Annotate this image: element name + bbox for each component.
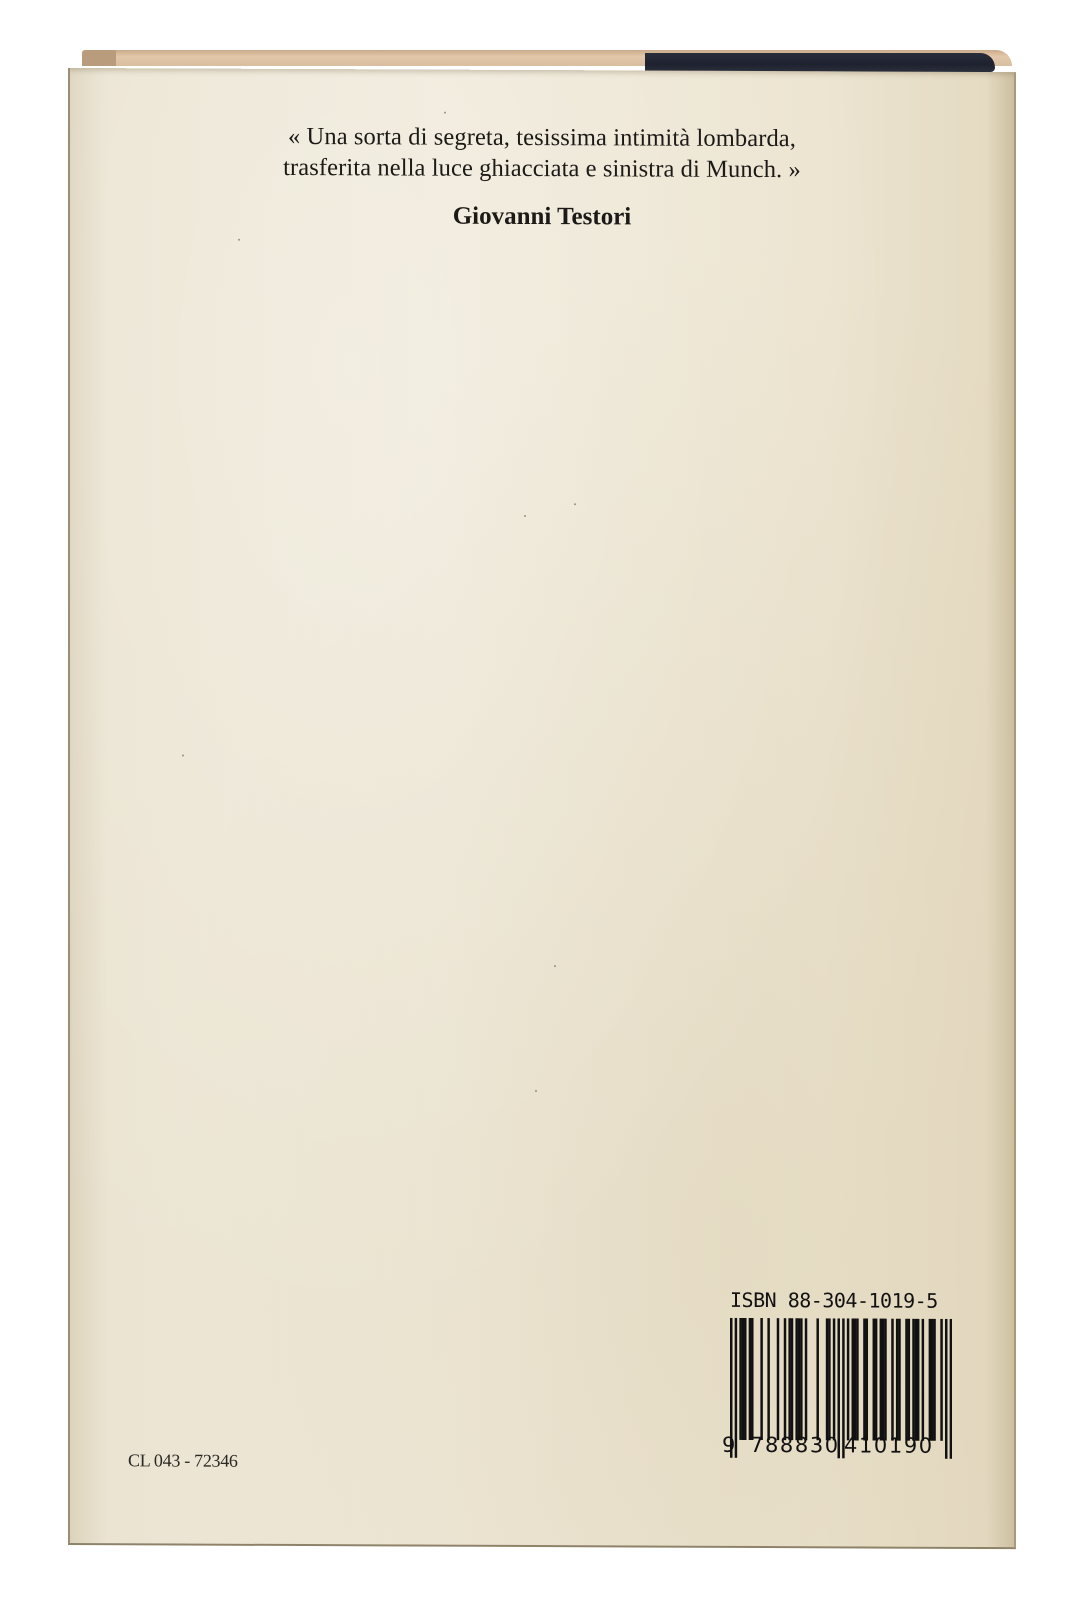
book-back-cover-photo: « Una sorta di segreta, tesissima intimi…: [0, 0, 1077, 1600]
barcode-right-group: 410190: [844, 1433, 934, 1457]
quote-author: Giovanni Testori: [70, 201, 1014, 233]
blurb-quote: « Una sorta di segreta, tesissima intimi…: [70, 120, 1014, 186]
quote-line-2: trasferita nella luce ghiacciata e sinis…: [70, 151, 1014, 186]
catalog-code: CL 043 - 72346: [128, 1450, 238, 1471]
barcode-left-group: 788830: [750, 1433, 840, 1457]
book-top-edge: [82, 50, 1012, 66]
paper-speck: [182, 754, 184, 756]
paper-speck: [524, 515, 526, 517]
barcode-first-digit: 9: [722, 1433, 735, 1457]
isbn-barcode-block: ISBN 88-304-1019-5 9 788830 410190: [730, 1288, 952, 1459]
paper-speck: [535, 1090, 537, 1092]
quote-line-1: « Una sorta di segreta, tesissima intimi…: [70, 120, 1014, 155]
barcode-digits: 9 788830 410190: [730, 1433, 952, 1460]
paper-speck: [444, 112, 446, 114]
paper-speck: [574, 503, 576, 505]
book-spine: [645, 53, 995, 72]
isbn-label: ISBN 88-304-1019-5: [730, 1288, 938, 1313]
page-block-edge: [82, 50, 116, 66]
back-cover: « Una sorta di segreta, tesissima intimi…: [68, 68, 1016, 1549]
paper-speck: [554, 965, 556, 967]
paper-speck: [238, 239, 240, 241]
